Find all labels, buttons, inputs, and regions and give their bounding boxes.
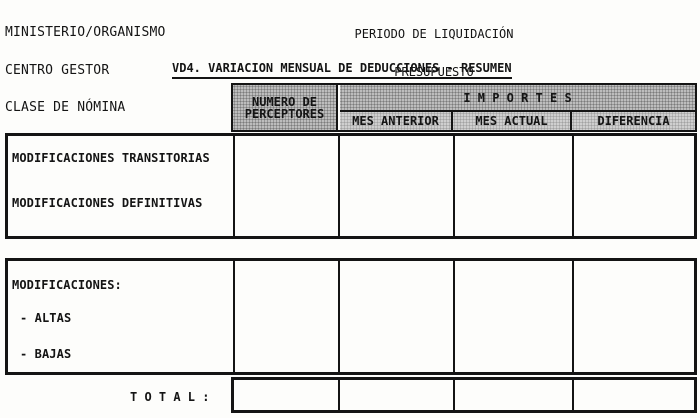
meta-centro-gestor-label: CENTRO GESTOR (5, 65, 166, 78)
cell-block1-mes-actual (453, 136, 572, 236)
total-row (231, 377, 697, 413)
form-title-wrap: VD4. VARIACION MENSUAL DE DEDUCCIONES - … (172, 57, 512, 79)
cell-block1-mes-anterior (338, 136, 453, 236)
section-modificaciones-altas-bajas: MODIFICACIONES: - ALTAS - BAJAS (5, 258, 697, 375)
row-label-modificaciones-transitorias: MODIFICACIONES TRANSITORIAS (12, 151, 210, 165)
cell-total-mes-actual (453, 380, 572, 410)
cell-total-diferencia (572, 380, 694, 410)
meta-clase-nomina-label: CLASE DE NÓMINA (5, 102, 166, 115)
form-title: VD4. VARIACION MENSUAL DE DEDUCCIONES - … (172, 61, 512, 79)
meta-ministerio-label: MINISTERIO/ORGANISMO (5, 27, 166, 40)
row-label-bajas: - BAJAS (20, 347, 71, 361)
cell-block2-diferencia (572, 261, 694, 372)
column-header-mes-anterior: MES ANTERIOR (340, 112, 453, 130)
scanned-form-page: MINISTERIO/ORGANISMO CENTRO GESTOR CLASE… (0, 0, 700, 418)
column-header-num-perceptores-line2: PERCEPTORES (245, 108, 324, 120)
cell-block2-num-perceptores (233, 261, 338, 372)
table-header: NUMERO DE PERCEPTORES I M P O R T E S ME… (231, 83, 697, 132)
column-header-importes: I M P O R T E S (340, 85, 695, 112)
row-label-modificaciones: MODIFICACIONES: (12, 278, 122, 292)
column-header-num-perceptores-line1: NUMERO DE (252, 96, 317, 108)
column-header-num-perceptores: NUMERO DE PERCEPTORES (233, 85, 338, 130)
cell-block1-num-perceptores (233, 136, 338, 236)
cell-block1-diferencia (572, 136, 694, 236)
cell-block2-mes-anterior (338, 261, 453, 372)
meta-periodo-liquidacion-label: PERIODO DE LIQUIDACIÓN (334, 28, 534, 41)
column-header-mes-actual: MES ACTUAL (453, 112, 572, 130)
section-modificaciones: MODIFICACIONES TRANSITORIAS MODIFICACION… (5, 133, 697, 239)
column-header-diferencia: DIFERENCIA (572, 112, 695, 130)
row-label-modificaciones-definitivas: MODIFICACIONES DEFINITIVAS (12, 196, 202, 210)
cell-block2-mes-actual (453, 261, 572, 372)
row-label-altas: - ALTAS (20, 311, 71, 325)
cell-total-mes-anterior (338, 380, 453, 410)
table-subheader-row: MES ANTERIOR MES ACTUAL DIFERENCIA (340, 112, 695, 130)
total-label: T O T A L : (130, 390, 209, 404)
